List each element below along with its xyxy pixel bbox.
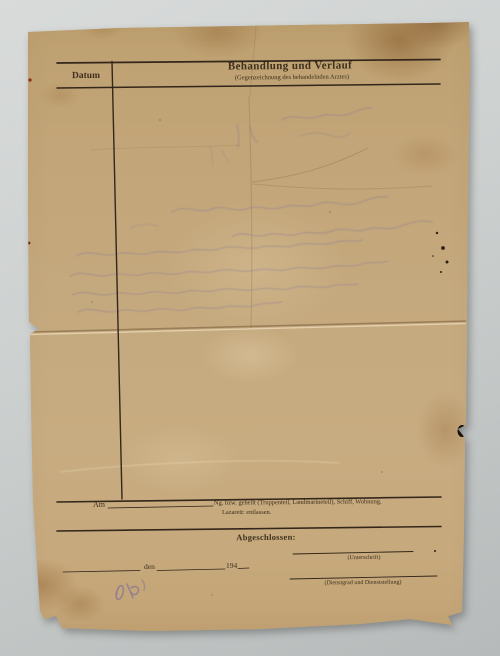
treatment-column-header: Behandlung und Verlauf — [228, 59, 352, 72]
document-paper: Datum Behandlung und Verlauf (Gegenzeich… — [0, 0, 500, 656]
rank-blank-line — [290, 576, 437, 579]
document-paper-shadow: Datum Behandlung und Verlauf (Gegenzeich… — [0, 0, 500, 656]
closing-label: Abgeschlossen: — [236, 532, 296, 543]
dateline-den-label: den — [144, 562, 155, 571]
place-blank-line — [63, 571, 140, 573]
signature-caption: (Unterschrift) — [347, 555, 380, 561]
discharge-blank-line — [108, 506, 213, 508]
discharge-text-line2: Lazarett: entlassen. — [222, 509, 271, 516]
year-blank-line — [238, 568, 249, 569]
signature-blank-line — [293, 552, 413, 555]
treatment-column-subheader: (Gegenzeichnung des behandelnden Arztes) — [235, 74, 349, 82]
closing-top-rule — [57, 527, 441, 532]
date-column-divider — [112, 62, 122, 500]
discharge-prefix-label: Am — [93, 500, 105, 509]
rank-caption: (Dienstgrad und Dienststellung) — [324, 580, 401, 587]
discharge-text-line1: Ng. bzw. geheilt (Truppenteil, Landmarin… — [214, 498, 382, 506]
form-rules — [0, 0, 500, 656]
photo-backdrop: { "photo": { "background_color": "#c9cdc… — [0, 0, 500, 656]
day-blank-line — [157, 569, 225, 571]
dateline-year-prefix: 194 — [226, 561, 237, 570]
date-column-header: Datum — [72, 71, 100, 81]
header-bottom-rule — [57, 84, 440, 88]
